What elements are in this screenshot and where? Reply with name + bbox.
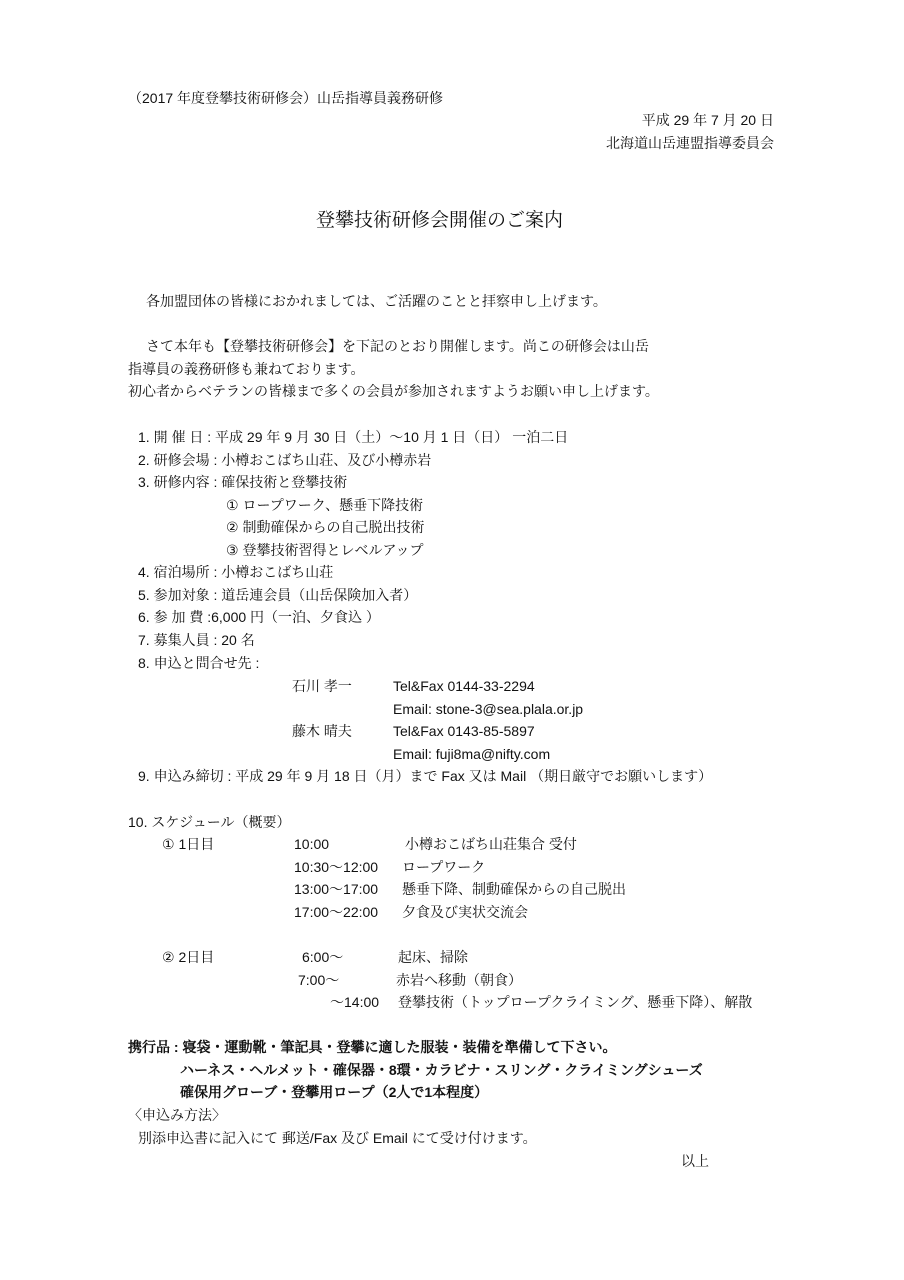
item-venue: 2. 研修会場 : 小樽おこばち山荘、及び小樽赤岩 (138, 450, 431, 470)
item-date: 1. 開 催 日 : 平成 29 年 9 月 30 日（土）～10 月 1 日（… (138, 427, 568, 447)
schedule-activity: 懸垂下降、制動確保からの自己脱出 (402, 879, 626, 899)
content-sub-3: ③ 登攀技術習得とレベルアップ (226, 540, 423, 560)
greeting: 各加盟団体の皆様におかれましては、ご活躍のことと拝察申し上げます。 (146, 291, 607, 311)
item-fee: 6. 参 加 費 :6,000 円（一泊、夕食込 ） (138, 607, 380, 627)
contact-name: 藤木 晴夫 (292, 721, 352, 741)
schedule-time: 7:00～ (298, 970, 339, 990)
contact-email: Email: fuji8ma@nifty.com (393, 744, 550, 764)
schedule-activity: ロープワーク (402, 857, 485, 877)
page-title: 登攀技術研修会開催のご案内 (316, 211, 563, 231)
schedule-activity: 登攀技術（トップロープクライミング、懸垂下降）、解散 (398, 992, 752, 1012)
schedule-activity: 小樽おこばち山荘集合 受付 (405, 834, 577, 854)
schedule-activity: 夕食及び実状交流会 (402, 902, 528, 922)
closing: 以上 (681, 1151, 709, 1171)
intro-line-3: 初心者からベテランの皆様まで多くの会員が参加されますようお願い申し上げます。 (128, 381, 659, 401)
content-sub-2: ② 制動確保からの自己脱出技術 (226, 517, 424, 537)
contact-tel: Tel&Fax 0143-85-5897 (393, 721, 535, 741)
day1-label: ① 1日目 (162, 834, 214, 854)
item-lodging: 4. 宿泊場所 : 小樽おこばち山荘 (138, 562, 333, 582)
schedule-time: 10:30～12:00 (294, 857, 378, 877)
schedule-time: 17:00～22:00 (294, 902, 378, 922)
schedule-activity: 赤岩へ移動（朝食） (396, 970, 522, 990)
equipment-line-3: 確保用グローブ・登攀用ロープ（2人で1本程度） (180, 1082, 488, 1102)
contact-name: 石川 孝一 (292, 676, 352, 696)
series-label: （2017 年度登攀技術研修会）山岳指導員義務研修 (128, 88, 443, 108)
equipment-line-2: ハーネス・ヘルメット・確保器・8環・カラビナ・スリング・クライミングシューズ (180, 1060, 703, 1080)
contact-tel: Tel&Fax 0144-33-2294 (393, 676, 535, 696)
item-contact-label: 8. 申込と問合せ先 : (138, 653, 259, 673)
issue-date: 平成 29 年 7 月 20 日 (642, 110, 774, 130)
schedule-time: 13:00～17:00 (294, 879, 378, 899)
intro-line-2: 指導員の義務研修も兼ねております。 (128, 359, 365, 379)
day2-label: ② 2日目 (162, 947, 214, 967)
schedule-time: 6:00～ (302, 947, 343, 967)
schedule-time: 10:00 (294, 834, 329, 854)
content-sub-1: ① ロープワーク、懸垂下降技術 (226, 495, 423, 515)
schedule-activity: 起床、掃除 (398, 947, 468, 967)
contact-email: Email: stone-3@sea.plala.or.jp (393, 699, 583, 719)
application-text: 別添申込書に記入にて 郵送/Fax 及び Email にて受け付けます。 (138, 1128, 537, 1148)
item-deadline: 9. 申込み締切 : 平成 29 年 9 月 18 日（月）まで Fax 又は … (138, 766, 712, 786)
issuer: 北海道山岳連盟指導委員会 (606, 133, 774, 153)
item-content: 3. 研修内容 : 確保技術と登攀技術 (138, 472, 347, 492)
item-capacity: 7. 募集人員 : 20 名 (138, 630, 255, 650)
item-eligibility: 5. 参加対象 : 道岳連会員（山岳保険加入者） (138, 585, 417, 605)
equipment-line-1: 携行品 : 寝袋・運動靴・筆記具・登攀に適した服装・装備を準備して下さい。 (128, 1037, 616, 1057)
intro-line-1: さて本年も【登攀技術研修会】を下記のとおり開催します。尚この研修会は山岳 (146, 336, 649, 356)
application-heading: 〈申込み方法〉 (128, 1105, 226, 1125)
schedule-time: ～14:00 (330, 992, 379, 1012)
item-schedule-label: 10. スケジュール（概要） (128, 812, 291, 832)
